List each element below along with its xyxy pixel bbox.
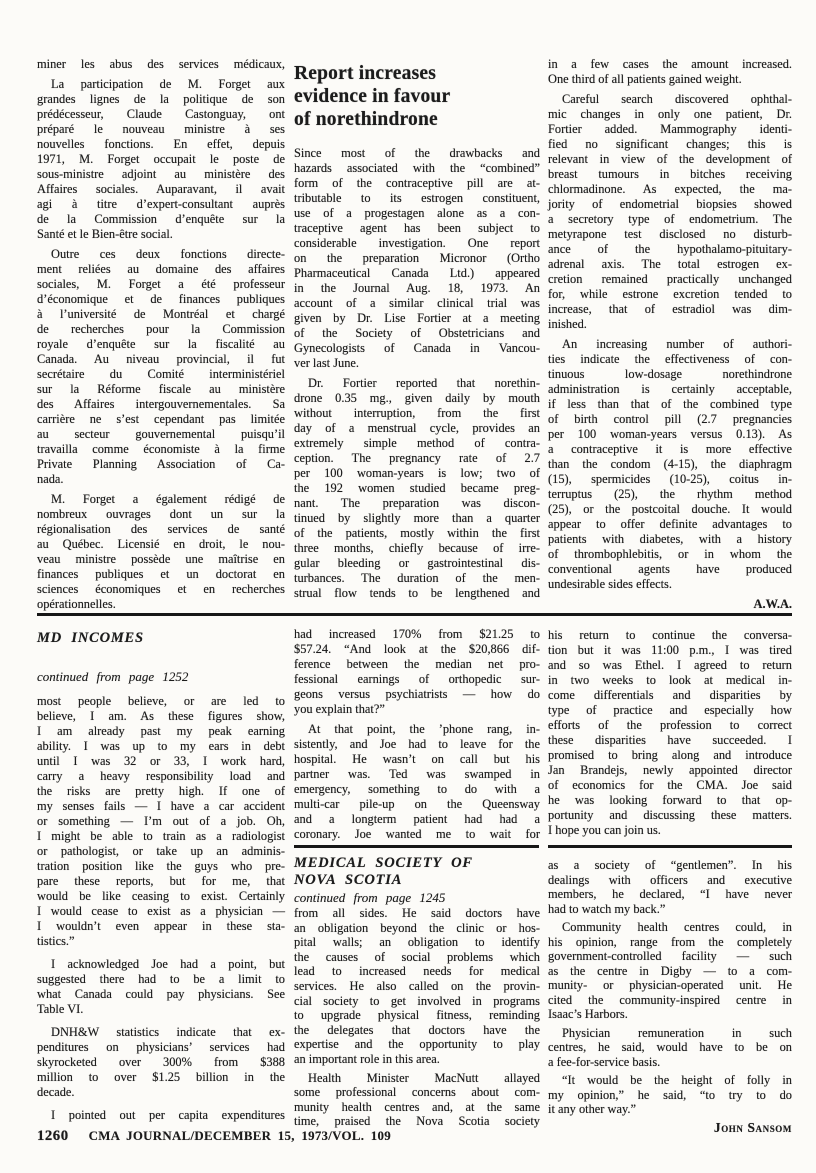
text-line: conventional agents have produced	[548, 562, 792, 577]
journal-page: miner les abus des services médicaux,La …	[0, 0, 816, 1173]
text-line: portunity and discussing these matters.	[548, 808, 792, 823]
text-line: finances publiques et un doctorat en	[37, 567, 285, 582]
text-line: At that point, the ’phone rang, in-	[294, 722, 540, 737]
text-line: des Affaires intergouvernementales. Sa	[37, 397, 285, 412]
text-line: his opinion, range from the completely	[548, 935, 792, 950]
text-line: Santé et le Bien-être social.	[37, 227, 285, 242]
text-line: hazards associated with the “combined”	[294, 161, 540, 176]
text-line: of norethindrone	[294, 108, 540, 131]
text-line: travailla comme économiste à la firme	[37, 442, 285, 457]
text-line: multi-car pile-up on the Queensway	[294, 797, 540, 812]
text-line: Physician remuneration in such	[548, 1026, 792, 1041]
text-line: had increased 170% from $21.25 to	[294, 627, 540, 642]
text-line: emergency, something to do with a	[294, 782, 540, 797]
text-line: A.W.A.	[548, 597, 792, 612]
text-line: skyrocketed over 300% from $388	[37, 1055, 285, 1070]
text-line: One third of all patients gained weight.	[548, 72, 792, 87]
text-line: it any other way.”	[548, 1102, 792, 1117]
text-line: (25), or the postcoital douche. It would	[548, 502, 792, 517]
text-line: evidence in favour	[294, 85, 540, 108]
text-line: of the Society of Obstetricians and	[294, 326, 540, 341]
text-line: extremely simple method of contra-	[294, 436, 540, 451]
text-line: préparé le nouveau ministre à ses	[37, 122, 285, 137]
text-line: Isaac’s Harbors.	[548, 1007, 792, 1022]
text-line: Outre ces deux fonctions directe-	[37, 247, 285, 262]
text-line: an important role in this area.	[294, 1052, 540, 1067]
text-line: veau ministre possède une maîtrise en	[37, 552, 285, 567]
norethindrone-article-column-2: Since most of the drawbacks andhazards a…	[294, 146, 540, 601]
text-line: come differentials and disparities by	[548, 688, 792, 703]
text-line: government-controlled facility — such	[548, 949, 792, 964]
text-line: efforts of the profession to correct	[548, 718, 792, 733]
text-line: agi à titre d’expert-consultant auprès	[37, 197, 285, 212]
text-line: my senses fails — I have a car accident	[37, 799, 285, 814]
text-line: Table VI.	[37, 1002, 285, 1017]
text-line: gular bleeding or gastrointestinal dis-	[294, 556, 540, 571]
text-line: tion but it was 11:00 p.m., I was tired	[548, 643, 792, 658]
text-line: régionalisation des services de santé	[37, 522, 285, 537]
text-line: mic changes in only one patient, Dr.	[548, 107, 792, 122]
text-line: penditures on physicians’ services had	[37, 1040, 285, 1055]
ns-society-column-3: as a society of “gentlemen”. In hisdeali…	[548, 858, 792, 1135]
text-line: in a few cases the amount increased.	[548, 57, 792, 72]
text-line: (15), spermicides (10-25), coitus in-	[548, 472, 792, 487]
md-incomes-continued-note: continued from page 1252	[37, 669, 188, 685]
text-line: Report increases	[294, 62, 540, 85]
text-line: what Canada could pay physicians. See	[37, 987, 285, 1002]
ns-society-continued-note: continued from page 1245	[294, 890, 445, 906]
md-incomes-column-2: had increased 170% from $21.25 to$57.24.…	[294, 627, 540, 842]
text-line: hospital. He wasn’t on call but his	[294, 752, 540, 767]
text-line: would be like ceasing to exist. Certainl…	[37, 889, 285, 904]
text-line: chlormadinone. As expected, the ma-	[548, 182, 792, 197]
text-line: traceptive agent has been subject to	[294, 221, 540, 236]
text-line: drone 0.35 mg., given daily by mouth	[294, 391, 540, 406]
text-line: per 100 woman-years versus 0.13). As	[548, 427, 792, 442]
text-line: d’économique et de finances publiques	[37, 292, 285, 307]
text-line: I am already past my peak earning	[37, 724, 285, 739]
text-line: if less than that of the combined type	[548, 397, 792, 412]
text-line: Community health centres could, in	[548, 920, 792, 935]
text-line: million to over $1.25 billion in the	[37, 1070, 285, 1085]
md-incomes-column-3: his return to continue the conversa-tion…	[548, 628, 792, 838]
text-line: expertise and the opportunity to play	[294, 1037, 540, 1052]
text-line: DNH&W statistics indicate that ex-	[37, 1025, 285, 1040]
text-line: tinued by slightly more than a quarter	[294, 511, 540, 526]
text-line: turbances. The duration of the men-	[294, 571, 540, 586]
text-line: considerable investigation. One report	[294, 236, 540, 251]
text-line: Canada. Au niveau provincial, il fut	[37, 352, 285, 367]
text-line: centres, he said, would have to be on	[548, 1040, 792, 1055]
text-line: per 100 woman-years is low; two of	[294, 466, 540, 481]
text-line: patients with diabetes, with a history	[548, 532, 792, 547]
text-line: in the Journal Aug. 18, 1973. An	[294, 281, 540, 296]
text-line: metyrapone test disclosed no disturb-	[548, 227, 792, 242]
text-line: suggested there had to be a limit to	[37, 972, 285, 987]
text-line: undesirable sides effects.	[548, 577, 792, 592]
text-line: and a longterm patient had had a	[294, 812, 540, 827]
text-line: Jan Brandejs, newly appointed director	[548, 763, 792, 778]
text-line: appear to offer definite advantages to	[548, 517, 792, 532]
text-line: services. He also called on the provin-	[294, 979, 540, 994]
text-line: NOVA SCOTIA	[294, 872, 540, 889]
text-line: carrière ne s’est cependant pas limitée	[37, 412, 285, 427]
text-line: An increasing number of authori-	[548, 337, 792, 352]
text-line: coronary. Joe wanted me to wait for	[294, 827, 540, 842]
text-line: tration position like the guys who pre-	[37, 859, 285, 874]
text-line: as a society of “gentlemen”. In his	[548, 858, 792, 873]
text-line: sous-ministre adjoint au ministère des	[37, 167, 285, 182]
text-line: Health Minister MacNutt allayed	[294, 1071, 540, 1086]
text-line: promised to bring along and introduce	[548, 748, 792, 763]
text-line: cial society to get involved in programs	[294, 994, 540, 1009]
text-line: prédécesseur, Claude Castonguay, ont	[37, 107, 285, 122]
text-line: of economics for the CMA. Joe said	[548, 778, 792, 793]
text-line: than the condom (4-15), the diaphragm	[548, 457, 792, 472]
text-line: Pharmaceutical Canada Ltd.) appeared	[294, 266, 540, 281]
text-line: you explain that?”	[294, 702, 540, 717]
text-line: ception. The pregnancy rate of 2.7	[294, 451, 540, 466]
text-line: believe, I am. As these figures show,	[37, 709, 285, 724]
french-minister-article-column: miner les abus des services médicaux,La …	[37, 57, 285, 612]
text-line: $57.24. “And look at the $20,866 dif-	[294, 642, 540, 657]
md-incomes-column-1: most people believe, or are led tobeliev…	[37, 694, 285, 1123]
text-line: and so was Ethel. I agreed to return	[548, 658, 792, 673]
text-line: au secteur gouvernemental puisqu’il	[37, 427, 285, 442]
text-line: or something — I’m out of a job. Oh,	[37, 814, 285, 829]
ns-society-heading: MEDICAL SOCIETY OFNOVA SCOTIA	[294, 855, 540, 889]
text-line: use of a progestagen alone as a con-	[294, 206, 540, 221]
text-line: these disparities have succeeded. I	[548, 733, 792, 748]
text-line: the delegates that doctors have the	[294, 1023, 540, 1038]
text-line: I pointed out per capita expenditures	[37, 1108, 285, 1123]
text-line: he was looking forward to that op-	[548, 793, 792, 808]
text-line: carry a heavy responsibility load and	[37, 769, 285, 784]
text-line: a fee-for-service basis.	[548, 1055, 792, 1070]
text-line: Affaires sociales. Auparavant, il avait	[37, 182, 285, 197]
text-line: fied no significant changes; this is	[548, 137, 792, 152]
ns-society-column-2: from all sides. He said doctors havean o…	[294, 906, 540, 1129]
text-line: secrétaire du Comité interministériel	[37, 367, 285, 382]
text-line: I wouldn’t even appear in these sta-	[37, 919, 285, 934]
text-line: the causes of social problems which	[294, 950, 540, 965]
text-line: munity- or physician-operated unit. He	[548, 978, 792, 993]
text-line: as the centre in Digby — to a com-	[548, 964, 792, 979]
text-line: au Québec. Licensié en droit, le nou-	[37, 537, 285, 552]
text-line: ver last June.	[294, 356, 540, 371]
article-title: Report increasesevidence in favourof nor…	[294, 62, 540, 131]
text-line: I hope you can join us.	[548, 823, 792, 838]
text-line: cretion remained practically unchanged	[548, 272, 792, 287]
text-line: cited the community-inspired centre in	[548, 993, 792, 1008]
text-line: ties indicate the effectiveness of con-	[548, 352, 792, 367]
text-line: a contraceptive it is more effective	[548, 442, 792, 457]
text-line: on the preparation Micronor (Ortho	[294, 251, 540, 266]
text-line: tistics.”	[37, 934, 285, 949]
text-line: relevant in view of the development of	[548, 152, 792, 167]
text-line: M. Forget a également rédigé de	[37, 492, 285, 507]
text-line: Gynecologists of Canada in Vancou-	[294, 341, 540, 356]
text-line: sociales, M. Forget a été professeur	[37, 277, 285, 292]
text-line: à l’université de Montréal et chargé	[37, 307, 285, 322]
text-line: pital walls; an obligation to identify	[294, 935, 540, 950]
text-line: “It would be the height of folly in	[548, 1073, 792, 1088]
text-line: my opinion,” he said, “to try to do	[548, 1088, 792, 1103]
text-line: de la Commission d’enquête sur la	[37, 212, 285, 227]
text-line: had to watch my back.”	[548, 902, 792, 917]
page-number: 1260	[37, 1128, 69, 1144]
text-line: adrenal axis. The total estrogen ex-	[548, 257, 792, 272]
text-line: day of a menstrual cycle, provides an	[294, 421, 540, 436]
text-line: to upgrade physical fitness, reminding	[294, 1008, 540, 1023]
text-line: 1971, M. Forget occupait le poste de	[37, 152, 285, 167]
text-line: for, while estrone excretion tended to	[548, 287, 792, 302]
text-line: strual flow tends to be lengthened and	[294, 586, 540, 601]
text-line: nouvelles fonctions. En effet, depuis	[37, 137, 285, 152]
text-line: sur la Réforme fiscale au ministère	[37, 382, 285, 397]
text-line: geons versus psychiatrists — how do	[294, 687, 540, 702]
text-line: I would cease to exist as a physician —	[37, 904, 285, 919]
text-line: breast tumours in bitches receiving	[548, 167, 792, 182]
text-line: given by Dr. Lise Fortier at a meeting	[294, 311, 540, 326]
norethindrone-article-column-3: in a few cases the amount increased.One …	[548, 57, 792, 612]
text-line: terruptus (25), the rhythm method	[548, 487, 792, 502]
text-line: ability. I was up to my ears in debt	[37, 739, 285, 754]
text-line: or pathologist, or take up an adminis-	[37, 844, 285, 859]
text-line: in two weeks to look at medical in-	[548, 673, 792, 688]
text-line: tributable to its estrogen constituent,	[294, 191, 540, 206]
text-line: Careful search discovered ophthal-	[548, 92, 792, 107]
column-2-divider-rule	[294, 845, 539, 848]
text-line: grandes lignes de la politique de son	[37, 92, 285, 107]
text-line: I might be able to train as a radiologis…	[37, 829, 285, 844]
text-line: inished.	[548, 317, 792, 332]
text-line: dealings with officers and executive	[548, 873, 792, 888]
text-line: sciences économiques et en recherches	[37, 582, 285, 597]
text-line: Since most of the drawbacks and	[294, 146, 540, 161]
text-line: jority of endometrial biopsies showed	[548, 197, 792, 212]
text-line: ance of the hypothalamo-pituitary-	[548, 242, 792, 257]
section-divider-rule	[37, 613, 792, 616]
journal-citation: CMA JOURNAL/DECEMBER 15, 1973/VOL. 109	[89, 1129, 391, 1143]
text-line: most people believe, or are led to	[37, 694, 285, 709]
text-line: I acknowledged Joe had a point, but	[37, 957, 285, 972]
text-line: of thrombophlebitis, or in whom the	[548, 547, 792, 562]
text-line: MEDICAL SOCIETY OF	[294, 855, 540, 872]
text-line: account of a similar clinical trial was	[294, 296, 540, 311]
text-line: munity health centres and, at the same	[294, 1100, 540, 1115]
page-footer: 1260CMA JOURNAL/DECEMBER 15, 1973/VOL. 1…	[37, 1127, 391, 1145]
text-line: royale d’enquête sur la fiscalité au	[37, 337, 285, 352]
md-incomes-heading: MD INCOMES	[37, 630, 144, 647]
text-line: of the patients, mostly within the first	[294, 526, 540, 541]
text-line: pare these reports, but for me, that	[37, 874, 285, 889]
text-line: Dr. Fortier reported that norethin-	[294, 376, 540, 391]
text-line: lead to increased needs for medical	[294, 964, 540, 979]
text-line: the risks are pretty high. If one of	[37, 784, 285, 799]
text-line: nant. The preparation was discon-	[294, 496, 540, 511]
text-line: administration is certainly acceptable,	[548, 382, 792, 397]
text-line: miner les abus des services médicaux,	[37, 57, 285, 72]
text-line: John Sansom	[548, 1121, 792, 1136]
text-line: of birth control pill (2.7 pregnancies	[548, 412, 792, 427]
text-line: his return to continue the conversa-	[548, 628, 792, 643]
text-line: without interruption, from the first	[294, 406, 540, 421]
text-line: until I was 32 or 33, I work hard,	[37, 754, 285, 769]
text-line: nombreux ouvrages dont un sur la	[37, 507, 285, 522]
text-line: Private Planning Association of Ca-	[37, 457, 285, 472]
text-line: the 192 women studied became preg-	[294, 481, 540, 496]
text-line: from all sides. He said doctors have	[294, 906, 540, 921]
text-line: partner was. Ted was swamped in	[294, 767, 540, 782]
text-line: tinuous low-dosage norethindrone	[548, 367, 792, 382]
text-line: ment reliées au domaine des affaires	[37, 262, 285, 277]
text-line: decade.	[37, 1085, 285, 1100]
text-line: de recherches pour la Commission	[37, 322, 285, 337]
text-line: a secretory type of endometrium. The	[548, 212, 792, 227]
text-line: nada.	[37, 472, 285, 487]
text-line: increase, that of estradiol was dim-	[548, 302, 792, 317]
text-line: La participation de M. Forget aux	[37, 77, 285, 92]
text-line: an obligation beyond the clinic or hos-	[294, 921, 540, 936]
text-line: ference between the median net pro-	[294, 657, 540, 672]
text-line: Fortier added. Mammography identi-	[548, 122, 792, 137]
column-3-divider-rule	[548, 845, 792, 848]
text-line: sistently, and Joe had to leave for the	[294, 737, 540, 752]
text-line: some professional concerns about com-	[294, 1085, 540, 1100]
text-line: three months, chiefly because of irre-	[294, 541, 540, 556]
text-line: members, he declared, “I have never	[548, 887, 792, 902]
text-line: form of the contraceptive pill are at-	[294, 176, 540, 191]
text-line: opérationnelles.	[37, 597, 285, 612]
text-line: type of practice and especially how	[548, 703, 792, 718]
text-line: fessional earnings of orthopedic sur-	[294, 672, 540, 687]
